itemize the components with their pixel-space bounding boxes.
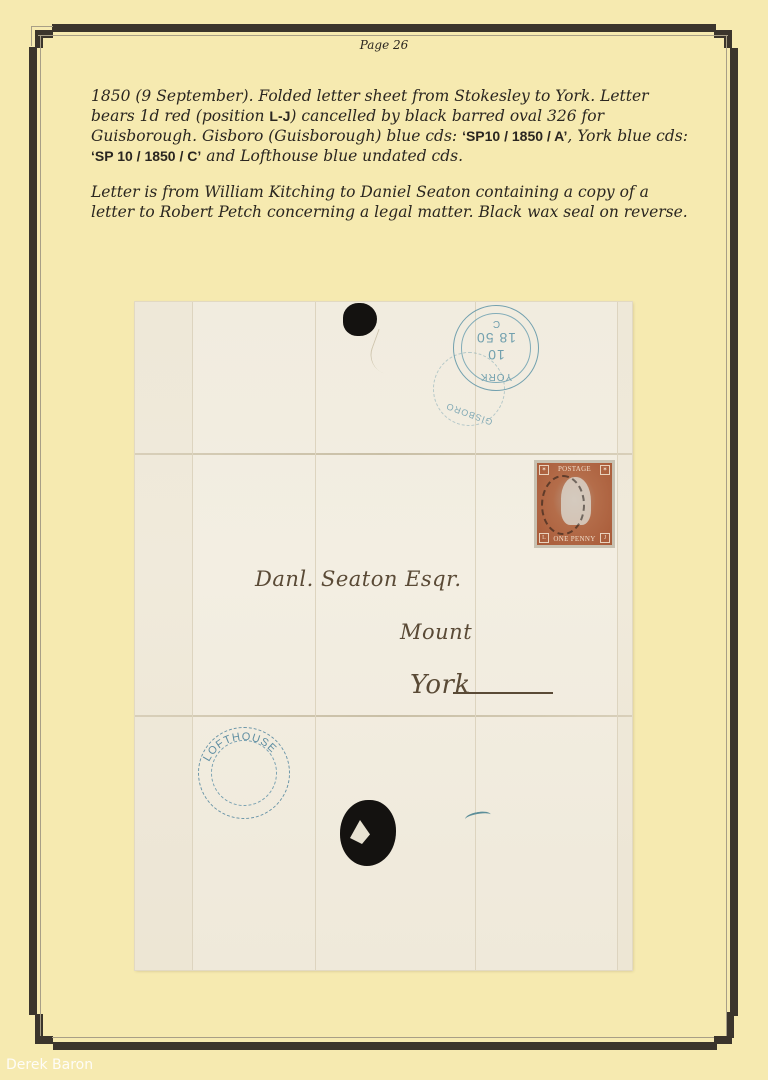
stamp-position: L-J [269,108,290,124]
desc-text: , York blue cds: [567,127,688,145]
description-paragraph: 1850 (9 September). Folded letter sheet … [91,86,691,166]
york-cds-text: ‘SP 10 / 1850 / C’ [91,148,201,164]
frame-bar-bottom [53,1042,717,1050]
address-underline [453,692,553,694]
frame-bar-right [730,48,738,1016]
frame-bar-top [52,24,716,32]
paper-tear [365,329,402,375]
fold-line [135,715,632,717]
lofthouse-postmark: LOFTHOUSE [198,727,290,819]
fold-line [617,302,618,970]
frame-bar-left [29,47,37,1015]
panel-shade [135,302,192,970]
frame-line [40,36,41,1036]
photographer-watermark: Derek Baron [6,1057,93,1073]
panel-shade [617,302,632,970]
address-street: Mount [400,620,472,644]
frame-corner [726,1012,734,1038]
frame-corner [35,1036,53,1044]
gisboro-postmark-text: GISBORO [434,397,503,430]
york-postmark-year: 18 50 [454,330,538,346]
provenance-paragraph: Letter is from William Kitching to Danie… [91,182,691,222]
barred-oval-cancel [541,475,585,535]
folded-letter: GISBORO YORK 10 18 50 C ✶ ✶ L J POSTAGE … [135,302,632,970]
blue-crayon-mark [464,810,491,824]
wax-seal-top [343,303,377,336]
address-city: York [410,670,471,700]
lofthouse-arc-text: LOFTHOUSE [193,722,295,824]
frame-corner [35,1014,43,1036]
york-postmark-town: YORK [454,371,538,382]
gisboro-cds-text: ‘SP10 / 1850 / A’ [462,128,567,144]
address-addressee: Danl. Seaton Esqr. [255,567,462,591]
stamp-top-label: POSTAGE [537,465,612,473]
york-postmark-day: 10 [454,347,538,363]
stamp-value-label: ONE PENNY [537,535,612,543]
fold-line [192,302,193,970]
desc-text: and Lofthouse blue undated cds. [201,147,463,165]
frame-line [726,36,727,1036]
frame-line [31,26,53,27]
svg-text:LOFTHOUSE: LOFTHOUSE [201,731,279,764]
frame-line [38,35,728,36]
fold-line [315,302,316,970]
page-number: Page 26 [0,38,768,52]
frame-line [52,1037,714,1038]
fold-line [135,453,632,455]
york-postmark: YORK 10 18 50 C [453,305,539,391]
york-postmark-code: C [454,318,538,329]
wax-seal-bottom [340,800,396,866]
penny-red-stamp: ✶ ✶ L J POSTAGE ONE PENNY [534,460,615,548]
